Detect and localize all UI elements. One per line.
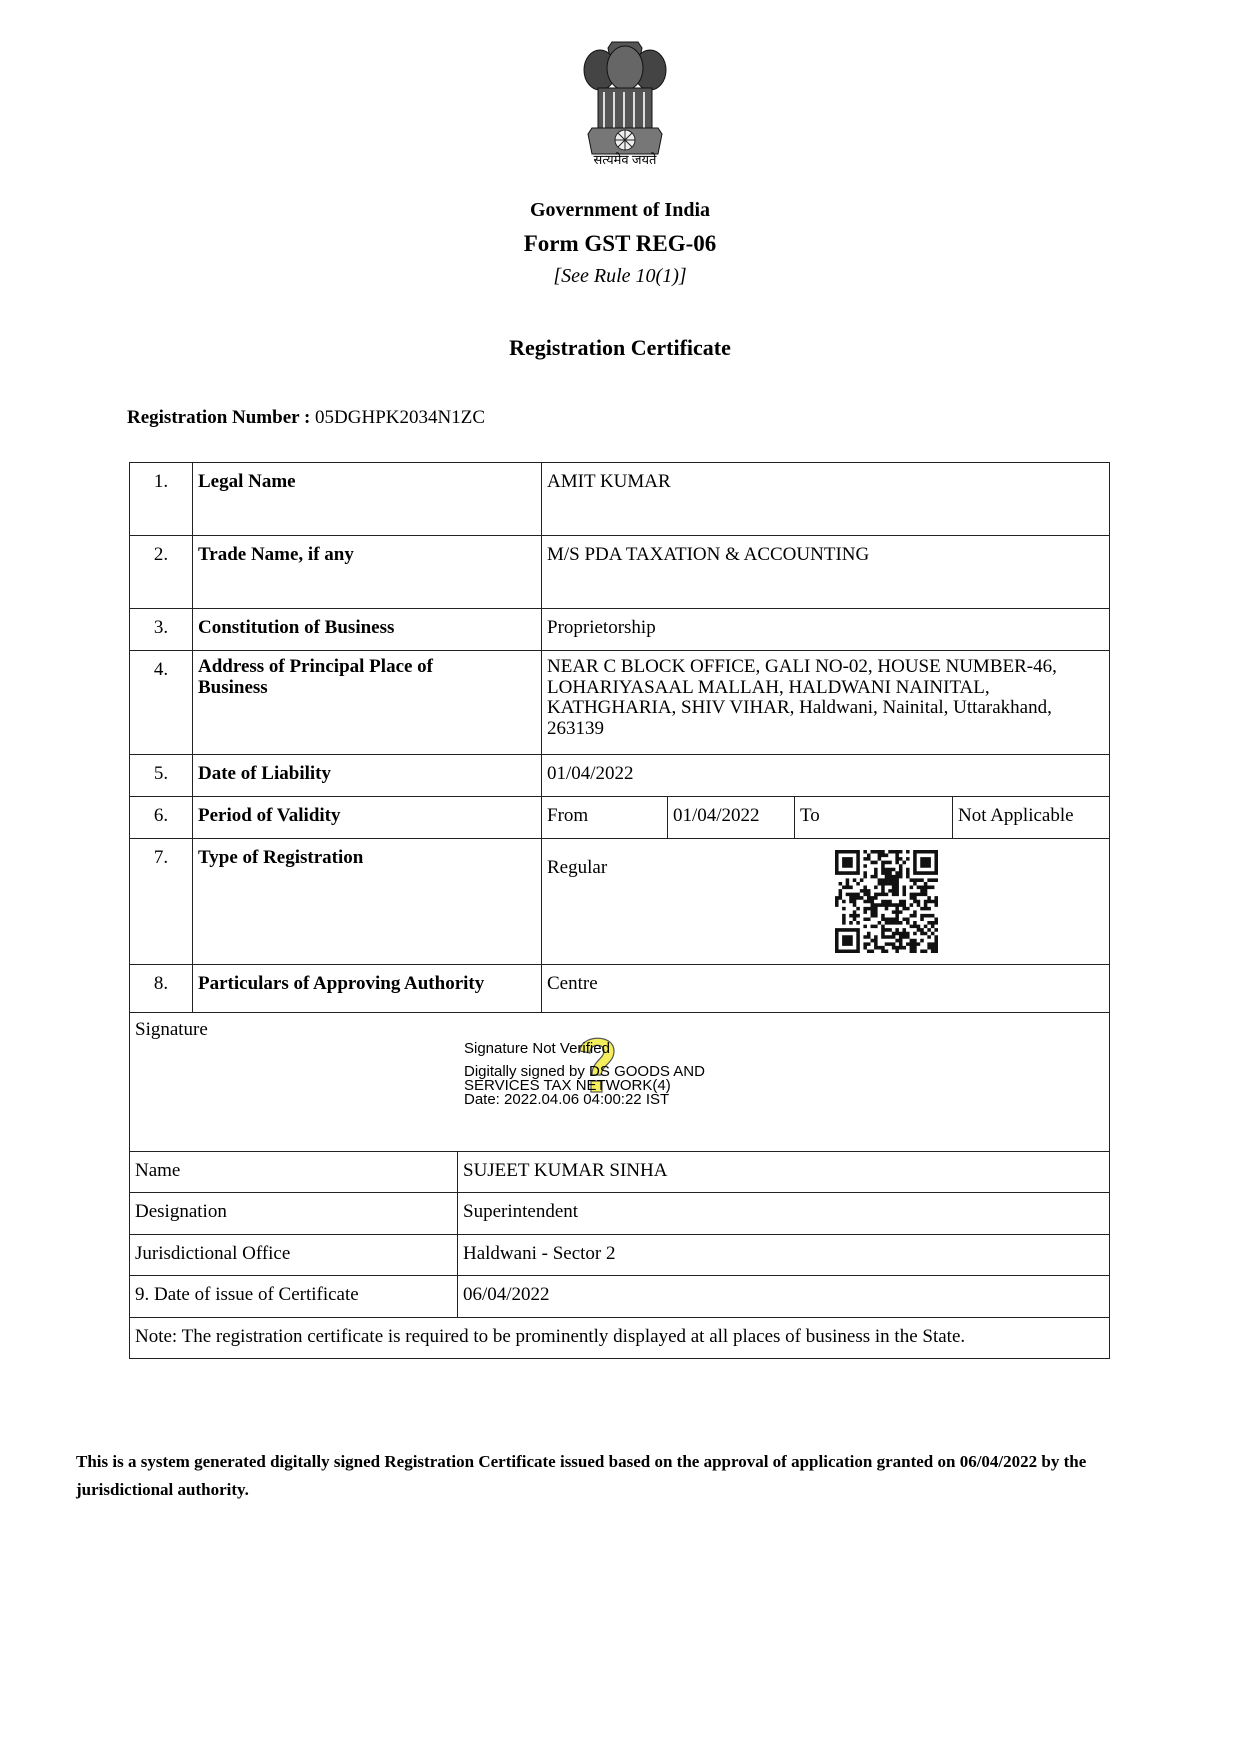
approving-authority-label: Particulars of Approving Authority [192,964,542,1013]
signature-label: Signature [135,1019,208,1040]
constitution-label: Constitution of Business [192,608,542,651]
row-number: 7. [129,838,193,965]
row-number: 5. [129,754,193,797]
date-of-liability-label: Date of Liability [192,754,542,797]
legal-name-value: AMIT KUMAR [541,462,1110,536]
certificate-title: Registration Certificate [0,335,1240,361]
certificate-table: 1. Legal Name AMIT KUMAR 2. Trade Name, … [129,462,1110,1359]
type-of-registration-value: Regular [541,838,1110,965]
trade-name-label: Trade Name, if any [192,535,542,609]
jurisdictional-office-label: Jurisdictional Office [129,1234,458,1276]
designation-label: Designation [129,1192,458,1235]
type-of-registration-label: Type of Registration [192,838,542,965]
date-of-liability-value: 01/04/2022 [541,754,1110,797]
display-note: Note: The registration certificate is re… [129,1317,1110,1359]
officer-name-value: SUJEET KUMAR SINHA [457,1151,1110,1193]
validity-to-value: Not Applicable [952,796,1110,839]
registration-number-line: Registration Number : 05DGHPK2034N1ZC [127,407,485,429]
validity-from-date: 01/04/2022 [667,796,795,839]
digital-signature-text: Signature Not Verified Digitally signed … [464,1042,705,1107]
date-of-issue-label: 9. Date of issue of Certificate [129,1275,458,1318]
address-value: NEAR C BLOCK OFFICE, GALI NO-02, HOUSE N… [541,650,1110,755]
officer-name-label: Name [129,1151,458,1193]
registration-number-value: 05DGHPK2034N1ZC [315,407,485,428]
row-number: 6. [129,796,193,839]
validity-to-label: To [794,796,953,839]
government-heading: Government of India [0,199,1240,222]
date-of-issue-value: 06/04/2022 [457,1275,1110,1318]
trade-name-value: M/S PDA TAXATION & ACCOUNTING [541,535,1110,609]
validity-from-label: From [541,796,668,839]
registration-type: Regular [547,857,607,878]
period-of-validity-label: Period of Validity [192,796,542,839]
rule-reference: [See Rule 10(1)] [0,265,1240,288]
legal-name-label: Legal Name [192,462,542,536]
row-number: 4. [129,650,193,755]
footer-disclaimer: This is a system generated digitally sig… [76,1448,1166,1504]
form-title: Form GST REG-06 [0,231,1240,257]
qr-code-icon [835,850,938,953]
signature-status: Signature Not Verified [464,1042,705,1056]
registration-number-label: Registration Number : [127,407,310,428]
emblem-motto: सत्यमेव जयते [560,150,690,168]
designation-value: Superintendent [457,1192,1110,1235]
address-label: Address of Principal Place of Business [192,650,542,755]
row-number: 1. [129,462,193,536]
row-number: 2. [129,535,193,609]
signature-date: Date: 2022.04.06 04:00:22 IST [464,1093,705,1107]
national-emblem-icon [578,36,672,168]
row-number: 8. [129,964,193,1013]
row-number: 3. [129,608,193,651]
jurisdictional-office-value: Haldwani - Sector 2 [457,1234,1110,1276]
approving-authority-value: Centre [541,964,1110,1013]
constitution-value: Proprietorship [541,608,1110,651]
